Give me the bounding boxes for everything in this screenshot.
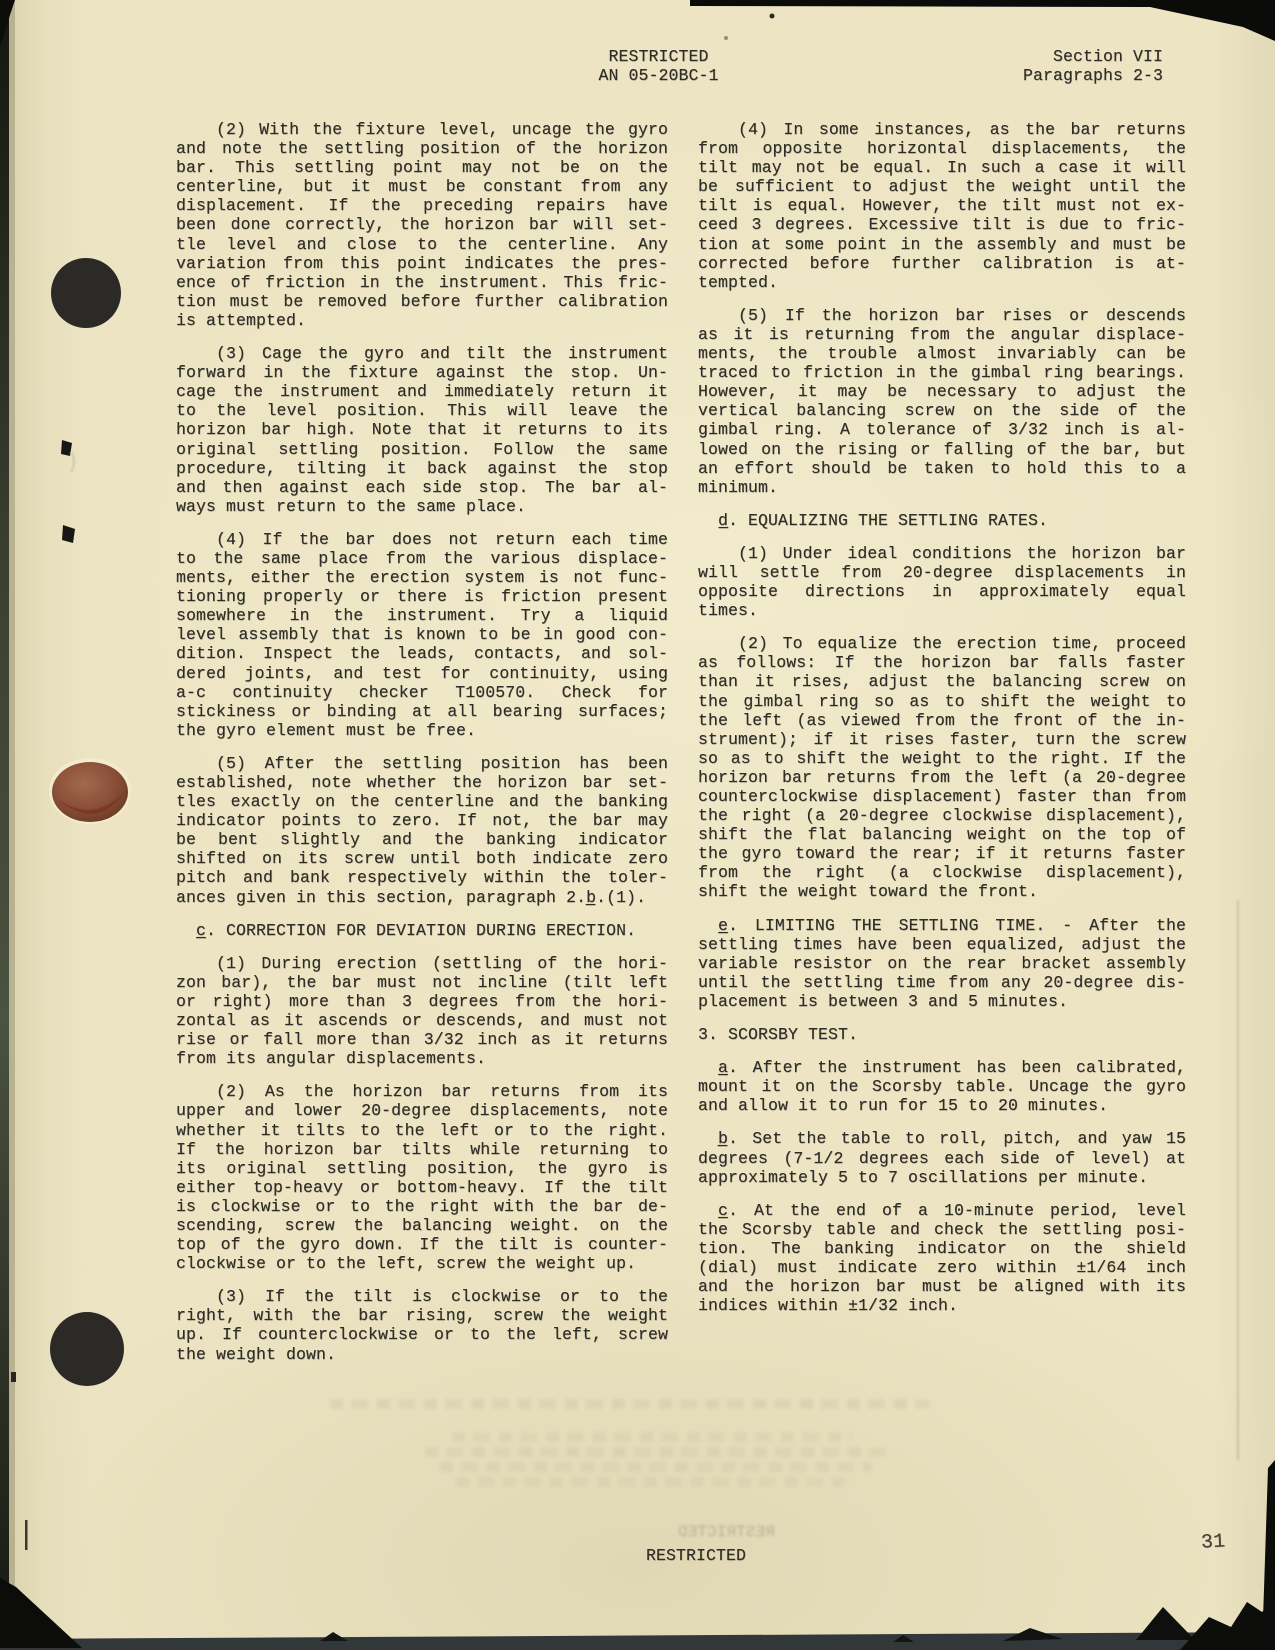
paragraph: (5) If the horizon bar rises or descends… <box>698 306 1186 497</box>
text-line: counterclockwise displacement) faster th… <box>698 787 1186 806</box>
text-line: will settle from 20-degree displacements… <box>698 563 1186 582</box>
text-line: indices within ±1/32 inch. <box>698 1296 1186 1315</box>
text-line: and note the settling position of the ho… <box>176 139 668 158</box>
text-line: and the horizon bar must be aligned with… <box>698 1277 1186 1296</box>
text-line: from its angular displacements. <box>176 1049 668 1068</box>
text-line: to the level position. This will leave t… <box>176 401 668 420</box>
scan-edge-left <box>0 0 9 1650</box>
text-line: c̲. At the end of a 10-minute period, le… <box>698 1201 1186 1220</box>
page-number: 31 <box>1201 1532 1226 1552</box>
scan-edge-top <box>690 0 1275 41</box>
text-line: strument); if it rises faster, turn the … <box>698 730 1186 749</box>
scan-tear-peak <box>1136 1607 1195 1640</box>
text-line: (3) If the tilt is clockwise or to the <box>176 1287 668 1306</box>
text-line: ence of friction in the instrument. This… <box>176 273 668 292</box>
paragraph: (2) To equalize the erection time, proce… <box>698 634 1186 901</box>
text-line: e̲. LIMITING THE SETTLING TIME. - After … <box>698 916 1186 935</box>
text-line: (4) In some instances, as the bar return… <box>698 120 1186 139</box>
text-line: 3. SCORSBY TEST. <box>698 1025 1186 1044</box>
paragraph: (4) In some instances, as the bar return… <box>698 120 1186 292</box>
text-line: as it is returning from the angular disp… <box>698 325 1186 344</box>
text-line: from the right (a clockwise displacement… <box>698 863 1186 882</box>
text-line: and then against each side stop. The bar… <box>176 478 668 497</box>
text-line: the gyro element must be free. <box>176 721 668 740</box>
text-line: until the settling time from any 20-degr… <box>698 973 1186 992</box>
scan-mark-top-left <box>0 0 15 46</box>
text-line: dered joints, and test for continuity, u… <box>176 664 668 683</box>
text-line: d̲. EQUALIZING THE SETTLING RATES. <box>698 511 1186 530</box>
text-line: clockwise or to the left, screw the weig… <box>176 1254 668 1273</box>
text-line: shift the flat balancing weight on the t… <box>698 825 1186 844</box>
text-line: variable resistor on the rear bracket as… <box>698 954 1186 973</box>
scan-tear-bottom-right <box>1180 1599 1275 1650</box>
text-line: tilt is equal. However, the tilt must no… <box>698 196 1186 215</box>
text-line: corrected before further calibration is … <box>698 254 1186 273</box>
text-line: (dial) must indicate zero within ±1/64 i… <box>698 1258 1186 1277</box>
text-line: original settling position. Follow the s… <box>176 440 668 459</box>
text-line: tion. The banking indicator on the shiel… <box>698 1239 1186 1258</box>
text-line: degrees (7-1/2 degrees each side of leve… <box>698 1149 1186 1168</box>
text-line: cage the instrument and immediately retu… <box>176 382 668 401</box>
paper-crease <box>1237 900 1239 1460</box>
text-line: lowed on the rising or falling of the ba… <box>698 440 1186 459</box>
text-line: (4) If the bar does not return each time <box>176 530 668 549</box>
text-line: top of the gyro down. If the tilt is cou… <box>176 1235 668 1254</box>
text-line: horizon bar high. Note that it returns t… <box>176 420 668 439</box>
text-line: procedure, tilting it back against the s… <box>176 459 668 478</box>
scan-edge-right <box>1262 1460 1275 1650</box>
text-line: shift the weight toward the front. <box>698 882 1186 901</box>
text-line: either top-heavy or bottom-heavy. If the… <box>176 1178 668 1197</box>
text-line: been done correctly, the horizon bar wil… <box>176 215 668 234</box>
scan-tear-bottom-left <box>0 1578 82 1648</box>
text-line: However, it may be necessary to adjust t… <box>698 382 1186 401</box>
bleedthrough-line <box>425 1447 887 1457</box>
text-line: rise or fall more than 3/32 inch as it r… <box>176 1030 668 1049</box>
text-column-right: (4) In some instances, as the bar return… <box>698 120 1186 1315</box>
text-line: ments, either the erection system is not… <box>176 568 668 587</box>
text-line: is clockwise or to the right with the ba… <box>176 1197 668 1216</box>
text-line: whether it tilts to the left or to the r… <box>176 1121 668 1140</box>
text-line: tion at some point in the assembly and m… <box>698 235 1186 254</box>
section-heading: c̲. CORRECTION FOR DEVIATION DURING EREC… <box>176 921 668 940</box>
text-line: centerline, but it must be constant from… <box>176 177 668 196</box>
scan-tear-bump <box>893 1635 914 1642</box>
scan-edge-left-shadow <box>9 0 15 1650</box>
text-line: up. If counterclockwise or to the left, … <box>176 1325 668 1344</box>
section-heading: 3. SCORSBY TEST. <box>698 1025 1186 1044</box>
text-line: (2) To equalize the erection time, proce… <box>698 634 1186 653</box>
text-line: tempted. <box>698 273 1186 292</box>
text-line: placement is between 3 and 5 minutes. <box>698 992 1186 1011</box>
text-line: times. <box>698 601 1186 620</box>
text-line: If the horizon bar tilts while returning… <box>176 1140 668 1159</box>
punch-hole-top <box>51 258 121 328</box>
paragraph: (1) During erection (settling of the hor… <box>176 954 668 1069</box>
text-line: tioning properly or there is friction pr… <box>176 587 668 606</box>
text-line: minimum. <box>698 478 1186 497</box>
paragraph: (3) If the tilt is clockwise or to theri… <box>176 1287 668 1363</box>
text-line: tles exactly on the centerline and the b… <box>176 792 668 811</box>
text-column-left: (2) With the fixture level, uncage the g… <box>176 120 668 1364</box>
text-line: the right (a 20-degree clockwise displac… <box>698 806 1186 825</box>
paragraph: (4) If the bar does not return each time… <box>176 530 668 740</box>
ink-speck <box>770 14 775 19</box>
paragraph: b̲. Set the table to roll, pitch, and ya… <box>698 1129 1186 1186</box>
text-line: (5) If the horizon bar rises or descends <box>698 306 1186 325</box>
text-line: an effort should be taken to hold this t… <box>698 459 1186 478</box>
scan-tear-bump <box>1003 1628 1063 1641</box>
text-line: horizon bar returns from the left (a 20-… <box>698 768 1186 787</box>
paragraph: (3) Cage the gyro and tilt the instrumen… <box>176 344 668 516</box>
text-line: shifted on its screw until both indicate… <box>176 849 668 868</box>
punch-hole-bottom <box>50 1312 124 1386</box>
text-line: the left (as viewed from the front of th… <box>698 711 1186 730</box>
text-line: (1) Under ideal conditions the horizon b… <box>698 544 1186 563</box>
text-line: traced to friction in the gimbal ring be… <box>698 363 1186 382</box>
text-line: right, with the bar rising, screw the we… <box>176 1306 668 1325</box>
text-line: approximately 5 to 7 oscillations per mi… <box>698 1168 1186 1187</box>
text-line: (5) After the settling position has been <box>176 754 668 773</box>
punch-hole-middle-rim <box>49 758 131 824</box>
text-line: so as to shift the weight to the right. … <box>698 749 1186 768</box>
paragraph: c̲. At the end of a 10-minute period, le… <box>698 1201 1186 1316</box>
text-line: forward in the fixture against the stop.… <box>176 363 668 382</box>
punch-hole-middle-shadow <box>56 793 124 814</box>
text-line: vertical balancing screw on the side of … <box>698 401 1186 420</box>
text-line: ments, the trouble almost invariably can… <box>698 344 1186 363</box>
text-line: is attempted. <box>176 311 668 330</box>
scan-edge-bottom <box>0 1632 1275 1650</box>
ink-mark <box>11 1372 16 1382</box>
text-line: the weight down. <box>176 1345 668 1364</box>
text-line: displacement. If the preceding repairs h… <box>176 196 668 215</box>
text-line: the gyro toward the rear; if it returns … <box>698 844 1186 863</box>
text-line: a̲. After the instrument has been calibr… <box>698 1058 1186 1077</box>
text-line: variation from this point indicates the … <box>176 254 668 273</box>
scan-tear-bump <box>320 1632 348 1641</box>
text-line: be bent slightly and the banking indicat… <box>176 830 668 849</box>
text-line: b̲. Set the table to roll, pitch, and ya… <box>698 1129 1186 1148</box>
text-line: a-c continuity checker T100570. Check fo… <box>176 683 668 702</box>
text-line: bar. This settling point may not be on t… <box>176 158 668 177</box>
text-line: (3) Cage the gyro and tilt the instrumen… <box>176 344 668 363</box>
text-line: pitch and bank respectively within the t… <box>176 868 668 887</box>
footer-bleedthrough: RESTRICTED <box>565 1523 775 1542</box>
text-line: mount it on the Scorsby table. Uncage th… <box>698 1077 1186 1096</box>
paragraph: (2) With the fixture level, uncage the g… <box>176 120 668 330</box>
bleedthrough-line <box>456 1477 854 1487</box>
text-line: c̲. CORRECTION FOR DEVIATION DURING EREC… <box>176 921 668 940</box>
text-line: upper and lower 20-degree displacements,… <box>176 1101 668 1120</box>
paragraph: (5) After the settling position has been… <box>176 754 668 907</box>
ink-mark <box>62 525 75 543</box>
text-line: than it rises, adjust the balancing scre… <box>698 672 1186 691</box>
text-line: tle level and close to the centerline. A… <box>176 235 668 254</box>
text-line: the Scorsby table and check the settling… <box>698 1220 1186 1239</box>
ink-mark <box>61 440 72 456</box>
text-line: be sufficient to adjust the weight until… <box>698 177 1186 196</box>
text-line: zontal as it ascends or descends, and mu… <box>176 1011 668 1030</box>
text-line: tion must be removed before further cali… <box>176 292 668 311</box>
paragraph: (1) Under ideal conditions the horizon b… <box>698 544 1186 620</box>
scratch-mark <box>71 452 74 472</box>
text-line: tilt may not be equal. In such a case it… <box>698 158 1186 177</box>
text-line: as follows: If the horizon bar falls fas… <box>698 653 1186 672</box>
text-line: level assembly that is known to be in go… <box>176 625 668 644</box>
bleedthrough-line <box>440 1462 872 1472</box>
paragraph: a̲. After the instrument has been calibr… <box>698 1058 1186 1115</box>
header-section: Section VII <box>1023 47 1163 66</box>
bleedthrough-line <box>330 1399 930 1409</box>
text-line: (2) As the horizon bar returns from its <box>176 1082 668 1101</box>
text-line: dition. Inspect the leads, contacts, and… <box>176 644 668 663</box>
text-line: ceed 3 degrees. Excessive tilt is due to… <box>698 215 1186 234</box>
text-line: ances given in this section, paragraph 2… <box>176 888 668 907</box>
text-line: from opposite horizontal displacements, … <box>698 139 1186 158</box>
punch-hole-middle <box>52 762 128 822</box>
ink-mark <box>25 1520 28 1550</box>
text-line: or right) more than 3 degrees from the h… <box>176 992 668 1011</box>
text-line: its original settling position, the gyro… <box>176 1159 668 1178</box>
ink-speck <box>724 36 728 40</box>
text-line: opposite directions in approximately equ… <box>698 582 1186 601</box>
text-line: stickiness or binding at all bearing sur… <box>176 702 668 721</box>
header-paragraphs-ref: Paragraphs 2-3 <box>1023 66 1163 85</box>
text-line: gimbal ring. A tolerance of 3/32 inch is… <box>698 420 1186 439</box>
paragraph: e̲. LIMITING THE SETTLING TIME. - After … <box>698 916 1186 1011</box>
text-line: zon bar), the bar must not incline (tilt… <box>176 973 668 992</box>
paragraph: (2) As the horizon bar returns from itsu… <box>176 1082 668 1273</box>
scanned-manual-page: RESTRICTED AN 05-20BC-1 Section VII Para… <box>0 0 1275 1650</box>
text-line: and allow it to run for 15 to 20 minutes… <box>698 1096 1186 1115</box>
section-heading: d̲. EQUALIZING THE SETTLING RATES. <box>698 511 1186 530</box>
text-line: to the same place from the various displ… <box>176 549 668 568</box>
footer-classification: RESTRICTED <box>646 1546 746 1565</box>
text-line: somewhere in the instrument. Try a liqui… <box>176 606 668 625</box>
text-line: (2) With the fixture level, uncage the g… <box>176 120 668 139</box>
text-line: the gimbal ring so as to shift the weigh… <box>698 692 1186 711</box>
text-line: established, note whether the horizon ba… <box>176 773 668 792</box>
text-line: ways must return to the same place. <box>176 497 668 516</box>
page-header-right: Section VII Paragraphs 2-3 <box>1023 47 1163 85</box>
bleedthrough-line <box>452 1432 852 1442</box>
text-line: scending, screw the balancing weight. on… <box>176 1216 668 1235</box>
text-line: settling times have been equalized, adju… <box>698 935 1186 954</box>
text-line: (1) During erection (settling of the hor… <box>176 954 668 973</box>
text-line: indicator points to zero. If not, the ba… <box>176 811 668 830</box>
